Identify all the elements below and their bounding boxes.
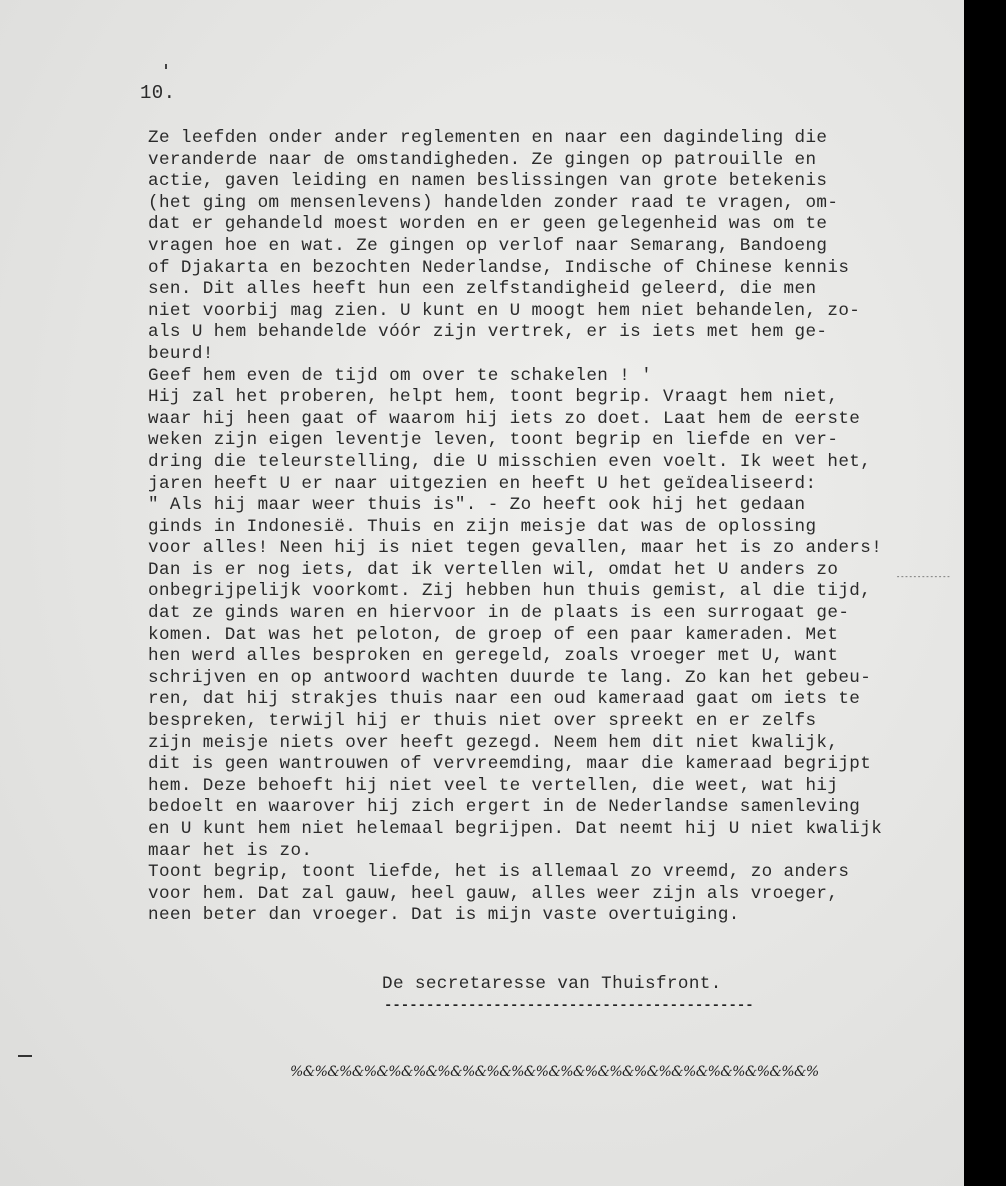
margin-mark bbox=[18, 1055, 32, 1057]
signature-rule: ----------------------------------------… bbox=[384, 998, 754, 1014]
text-line: dat er gehandeld moest worden en er geen… bbox=[148, 214, 882, 236]
signature: De secretaresse van Thuisfront. bbox=[382, 974, 722, 994]
text-line: " Als hij maar weer thuis is". - Zo heef… bbox=[148, 495, 882, 517]
text-line: neen beter dan vroeger. Dat is mijn vast… bbox=[148, 905, 882, 927]
text-line: en U kunt hem niet helemaal begrijpen. D… bbox=[148, 819, 882, 841]
text-line: dat ze ginds waren en hiervoor in de pla… bbox=[148, 603, 882, 625]
text-line: hen werd alles besproken en geregeld, zo… bbox=[148, 646, 882, 668]
text-line: hem. Deze behoeft hij niet veel te verte… bbox=[148, 776, 882, 798]
text-line: waar hij heen gaat of waarom hij iets zo… bbox=[148, 409, 882, 431]
text-line: bespreken, terwijl hij er thuis niet ove… bbox=[148, 711, 882, 733]
text-line: veranderde naar de omstandigheden. Ze gi… bbox=[148, 150, 882, 172]
text-line: beurd! bbox=[148, 344, 882, 366]
text-line: jaren heeft U er naar uitgezien en heeft… bbox=[148, 474, 882, 496]
text-line: vragen hoe en wat. Ze gingen op verlof n… bbox=[148, 236, 882, 258]
text-line: Hij zal het proberen, helpt hem, toont b… bbox=[148, 387, 882, 409]
text-line: of Djakarta en bezochten Nederlandse, In… bbox=[148, 258, 882, 280]
text-line: (het ging om mensenlevens) handelden zon… bbox=[148, 193, 882, 215]
text-line: onbegrijpelijk voorkomt. Zij hebben hun … bbox=[148, 581, 882, 603]
text-line: voor alles! Neen hij is niet tegen geval… bbox=[148, 538, 882, 560]
text-line: Dan is er nog iets, dat ik vertellen wil… bbox=[148, 560, 882, 582]
scanned-page: 10. Ze leefden onder ander reglementen e… bbox=[0, 0, 966, 1186]
text-line: schrijven en op antwoord wachten duurde … bbox=[148, 668, 882, 690]
scan-border bbox=[964, 0, 1006, 1186]
emphasis-underline: ------------- bbox=[896, 574, 951, 582]
page-number: 10. bbox=[140, 82, 175, 104]
text-line: zijn meisje niets over heeft gezegd. Nee… bbox=[148, 733, 882, 755]
text-line: sen. Dit alles heeft hun een zelfstandig… bbox=[148, 279, 882, 301]
text-line: als U hem behandelde vóór zijn vertrek, … bbox=[148, 322, 882, 344]
text-line: komen. Dat was het peloton, de groep of … bbox=[148, 625, 882, 647]
text-line: Toont begrip, toont liefde, het is allem… bbox=[148, 862, 882, 884]
text-line: ginds in Indonesië. Thuis en zijn meisje… bbox=[148, 517, 882, 539]
text-line: dit is geen wantrouwen of vervreemding, … bbox=[148, 754, 882, 776]
body-text: Ze leefden onder ander reglementen en na… bbox=[148, 128, 882, 927]
text-line: dring die teleurstelling, die U misschie… bbox=[148, 452, 882, 474]
text-line: actie, gaven leiding en namen beslissing… bbox=[148, 171, 882, 193]
text-line: maar het is zo. bbox=[148, 841, 882, 863]
ornament-divider: %&%&%&%&%&%&%&%&%&%&%&%&%&%&%&%&%&%&%&%&… bbox=[290, 1064, 819, 1080]
scan-speck bbox=[165, 64, 167, 69]
text-line: Ze leefden onder ander reglementen en na… bbox=[148, 128, 882, 150]
text-line: weken zijn eigen leventje leven, toont b… bbox=[148, 430, 882, 452]
text-line: ren, dat hij strakjes thuis naar een oud… bbox=[148, 689, 882, 711]
text-line: voor hem. Dat zal gauw, heel gauw, alles… bbox=[148, 884, 882, 906]
text-line: Geef hem even de tijd om over te schakel… bbox=[148, 366, 882, 388]
text-line: bedoelt en waarover hij zich ergert in d… bbox=[148, 797, 882, 819]
text-line: niet voorbij mag zien. U kunt en U moogt… bbox=[148, 301, 882, 323]
